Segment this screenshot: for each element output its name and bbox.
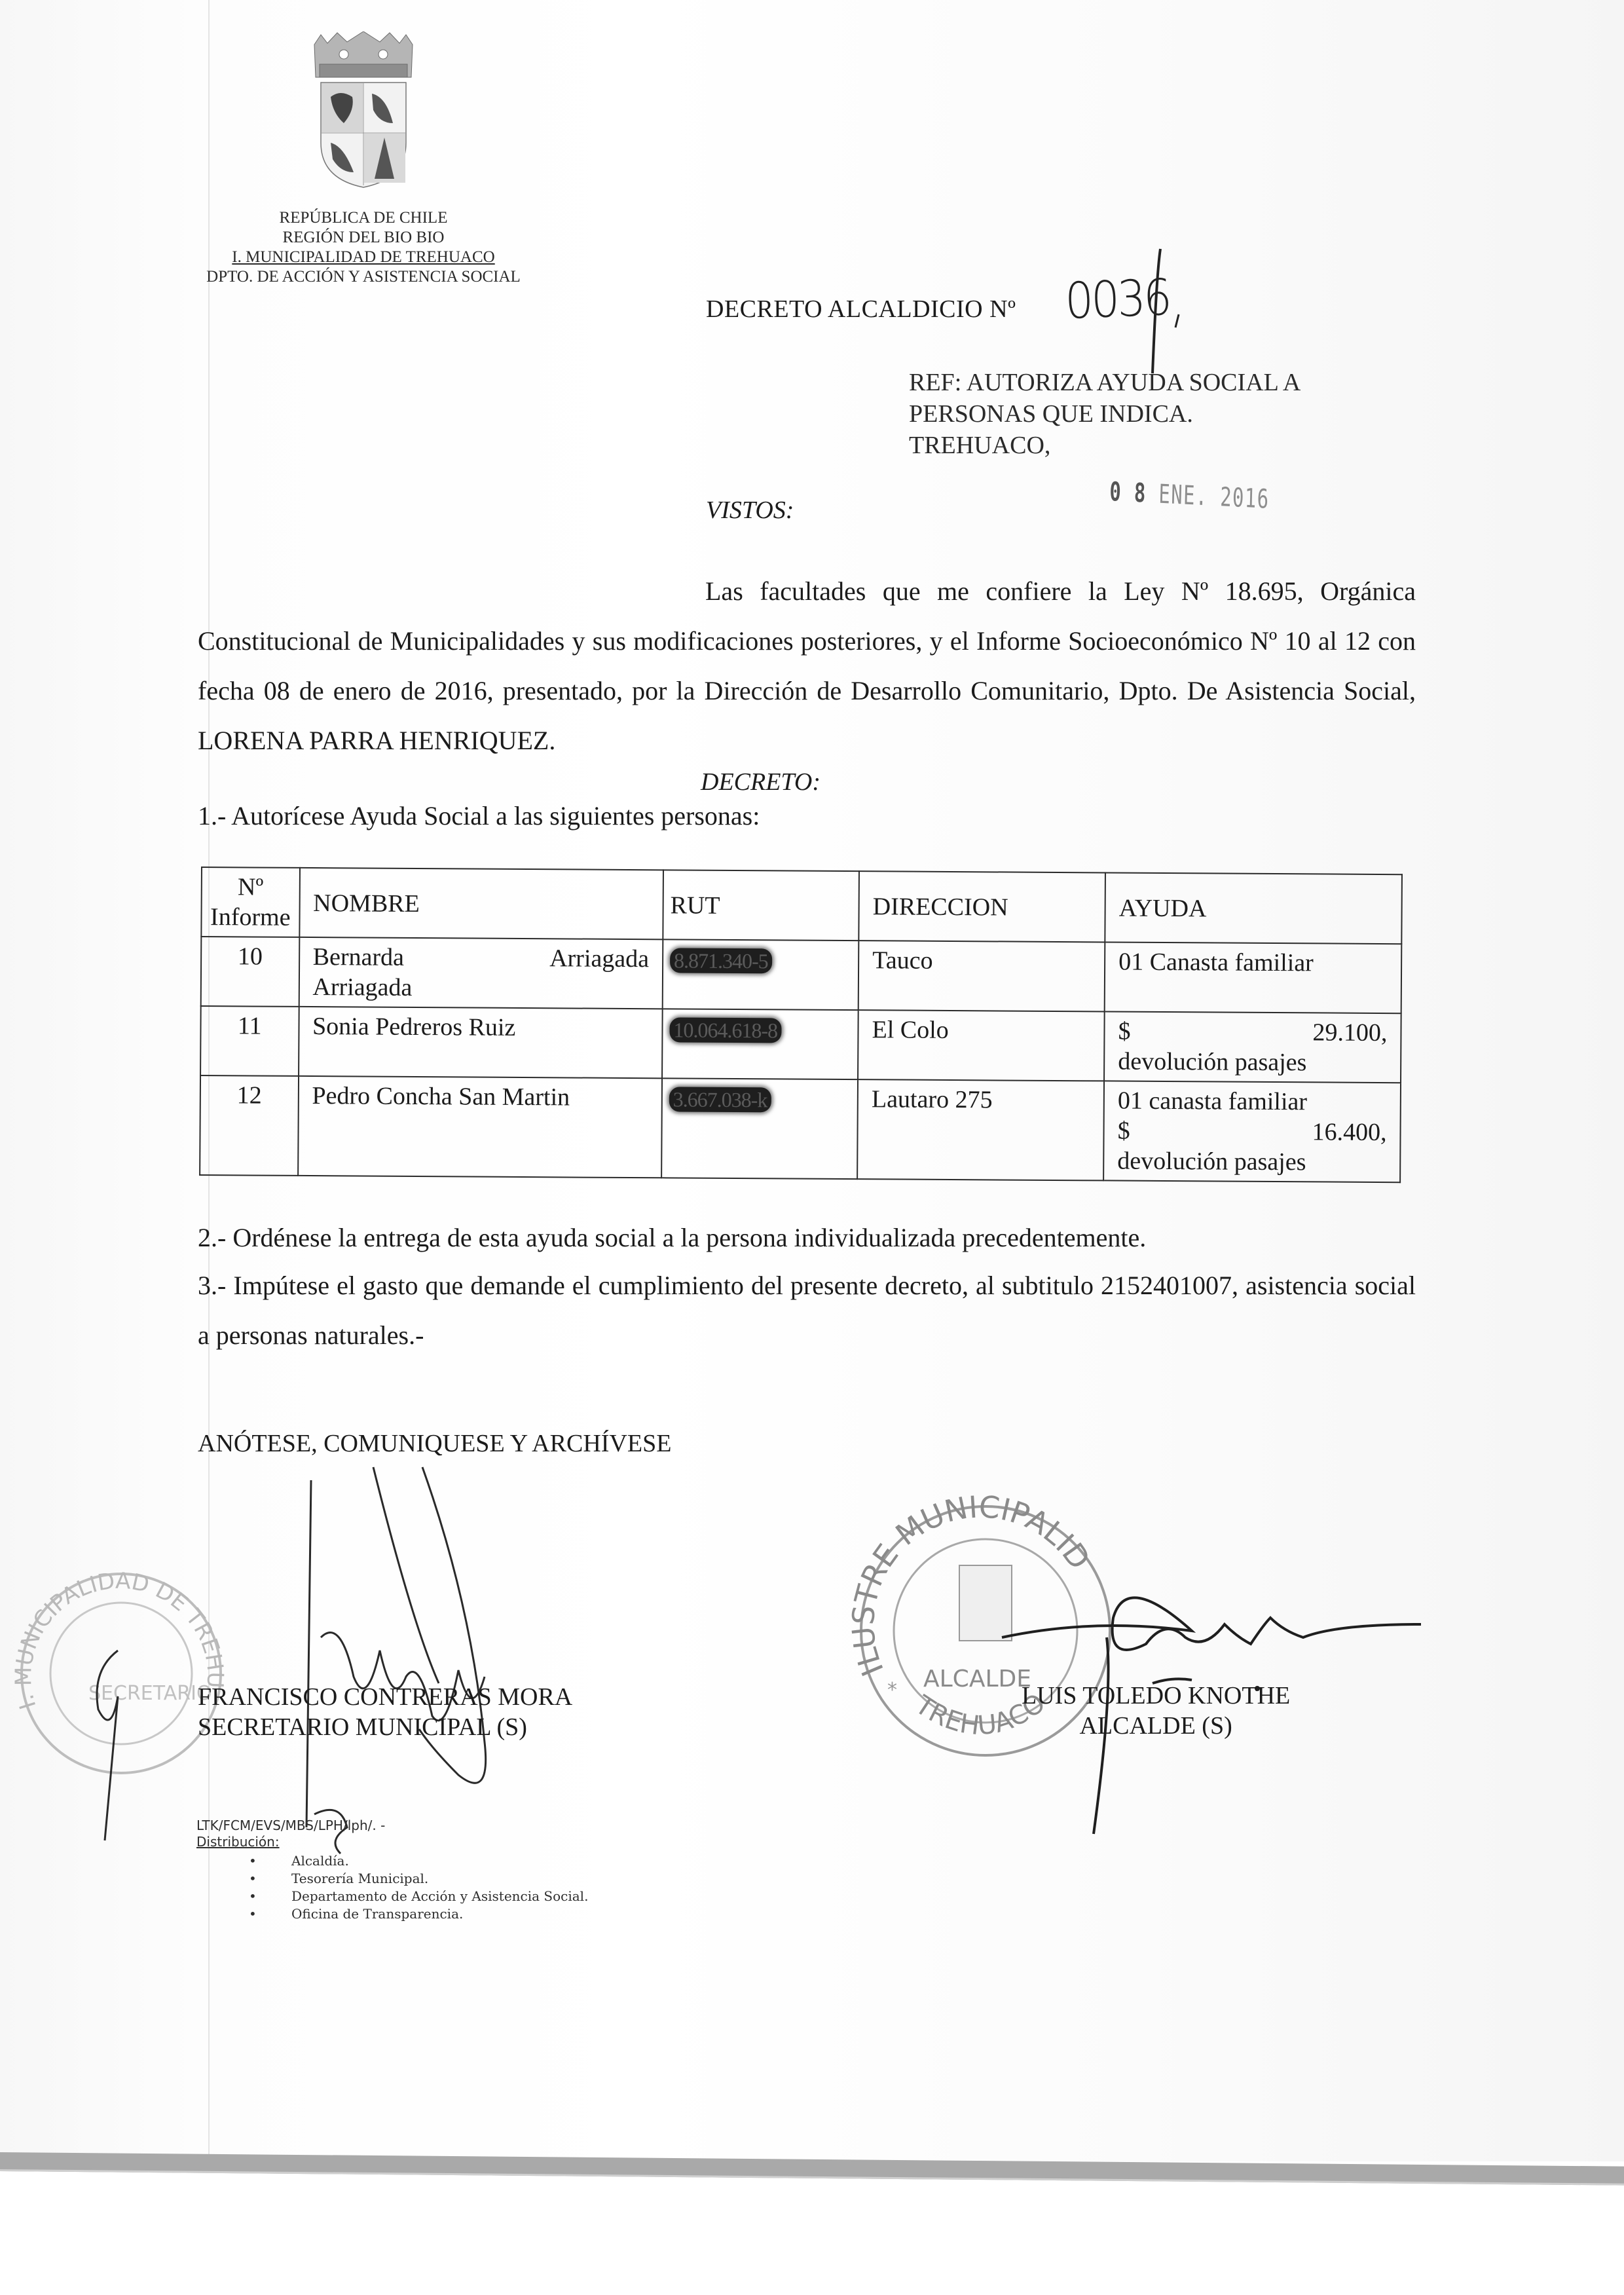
decree-title: DECRETO ALCALDICIO Nº <box>706 295 1016 324</box>
cell-direccion: El Colo <box>858 1010 1105 1081</box>
cell-direccion: Lautaro 275 <box>857 1079 1104 1180</box>
secretary-signature-block: FRANCISCO CONTRERAS MORA SECRETARIO MUNI… <box>198 1682 572 1742</box>
cell-ayuda: 01 canasta familiar $16.400, devolución … <box>1103 1081 1401 1182</box>
header-nombre: NOMBRE <box>299 868 663 939</box>
list-item: Alcaldía. <box>249 1852 588 1870</box>
list-item: Oficina de Transparencia. <box>249 1905 588 1923</box>
distribution-title: Distribución: <box>196 1834 280 1850</box>
header-ayuda: AYUDA <box>1105 872 1402 944</box>
decree-item-2: 2.- Ordénese la entrega de esta ayuda so… <box>198 1213 1416 1263</box>
table-header-row: NºInforme NOMBRE RUT DIRECCION AYUDA <box>201 867 1402 944</box>
secretary-name: FRANCISCO CONTRERAS MORA <box>198 1682 572 1712</box>
redaction-bar: 8.871.340-5 <box>670 948 772 973</box>
cell-informe-number: 11 <box>200 1006 299 1076</box>
header-rut: RUT <box>663 870 859 941</box>
table-row: 10 BernardaArriagada Arriagada 8.871.340… <box>201 937 1402 1013</box>
secretary-title: SECRETARIO MUNICIPAL (S) <box>198 1712 572 1742</box>
cell-nombre: Sonia Pedreros Ruiz <box>299 1007 663 1078</box>
reference-initials: LTK/FCM/EVS/MBS/LPH/lph/. - <box>196 1818 385 1833</box>
header-informe-number: NºInforme <box>201 867 299 937</box>
secretary-signature <box>65 1461 655 1854</box>
redaction-bar: 3.667.038-k <box>669 1087 771 1112</box>
letterhead: REPÚBLICA DE CHILE REGIÓN DEL BIO BIO I.… <box>177 208 550 287</box>
letterhead-department: DPTO. DE ACCIÓN Y ASISTENCIA SOCIAL <box>177 267 550 287</box>
mayor-title: ALCALDE (S) <box>1022 1711 1290 1741</box>
mayor-name: LUIS TOLEDO KNOTHE <box>1022 1681 1290 1711</box>
cell-ayuda: $29.100, devolución pasajes <box>1104 1011 1401 1083</box>
cell-direccion: Tauco <box>858 941 1105 1011</box>
closing-formula: ANÓTESE, COMUNIQUESE Y ARCHÍVESE <box>198 1429 671 1458</box>
mayor-signature-block: LUIS TOLEDO KNOTHE ALCALDE (S) <box>1022 1681 1290 1741</box>
svg-text:*: * <box>887 1679 897 1702</box>
table-row: 11 Sonia Pedreros Ruiz 10.064.618-8 El C… <box>200 1006 1401 1083</box>
list-item: Tesorería Municipal. <box>249 1870 588 1888</box>
decree-reference: REF: AUTORIZA AYUDA SOCIAL A PERSONAS QU… <box>909 367 1301 461</box>
cell-nombre: BernardaArriagada Arriagada <box>299 937 663 1009</box>
decreto-heading: DECRETO: <box>701 768 821 796</box>
cell-rut-redacted: 3.667.038-k <box>661 1078 858 1179</box>
cell-rut-redacted: 8.871.340-5 <box>663 939 859 1010</box>
letterhead-country: REPÚBLICA DE CHILE <box>177 208 550 228</box>
cell-rut-redacted: 10.064.618-8 <box>662 1009 858 1079</box>
letterhead-region: REGIÓN DEL BIO BIO <box>177 228 550 248</box>
distribution-list: Alcaldía. Tesorería Municipal. Departame… <box>249 1852 588 1923</box>
decree-item-1: 1.- Autorícese Ayuda Social a las siguie… <box>198 800 760 831</box>
cell-nombre: Pedro Concha San Martin <box>298 1076 662 1178</box>
table-row: 12 Pedro Concha San Martin 3.667.038-k L… <box>200 1075 1401 1182</box>
vistos-heading: VISTOS: <box>706 496 794 525</box>
considerando-paragraph: Las facultades que me confiere la Ley Nº… <box>198 567 1416 766</box>
cell-informe-number: 10 <box>201 937 299 1007</box>
cell-ayuda: 01 Canasta familiar <box>1105 942 1402 1013</box>
redaction-bar: 10.064.618-8 <box>669 1017 781 1043</box>
beneficiaries-table: NºInforme NOMBRE RUT DIRECCION AYUDA 10 … <box>199 867 1403 1183</box>
header-direccion: DIRECCION <box>858 871 1105 942</box>
decree-item-3: 3.- Impútese el gasto que demande el cum… <box>198 1261 1416 1360</box>
letterhead-municipality: I. MUNICIPALIDAD DE TREHUACO <box>177 248 550 267</box>
coat-of-arms-icon <box>308 31 419 189</box>
list-item: Departamento de Acción y Asistencia Soci… <box>249 1888 588 1905</box>
cell-informe-number: 12 <box>200 1075 299 1176</box>
